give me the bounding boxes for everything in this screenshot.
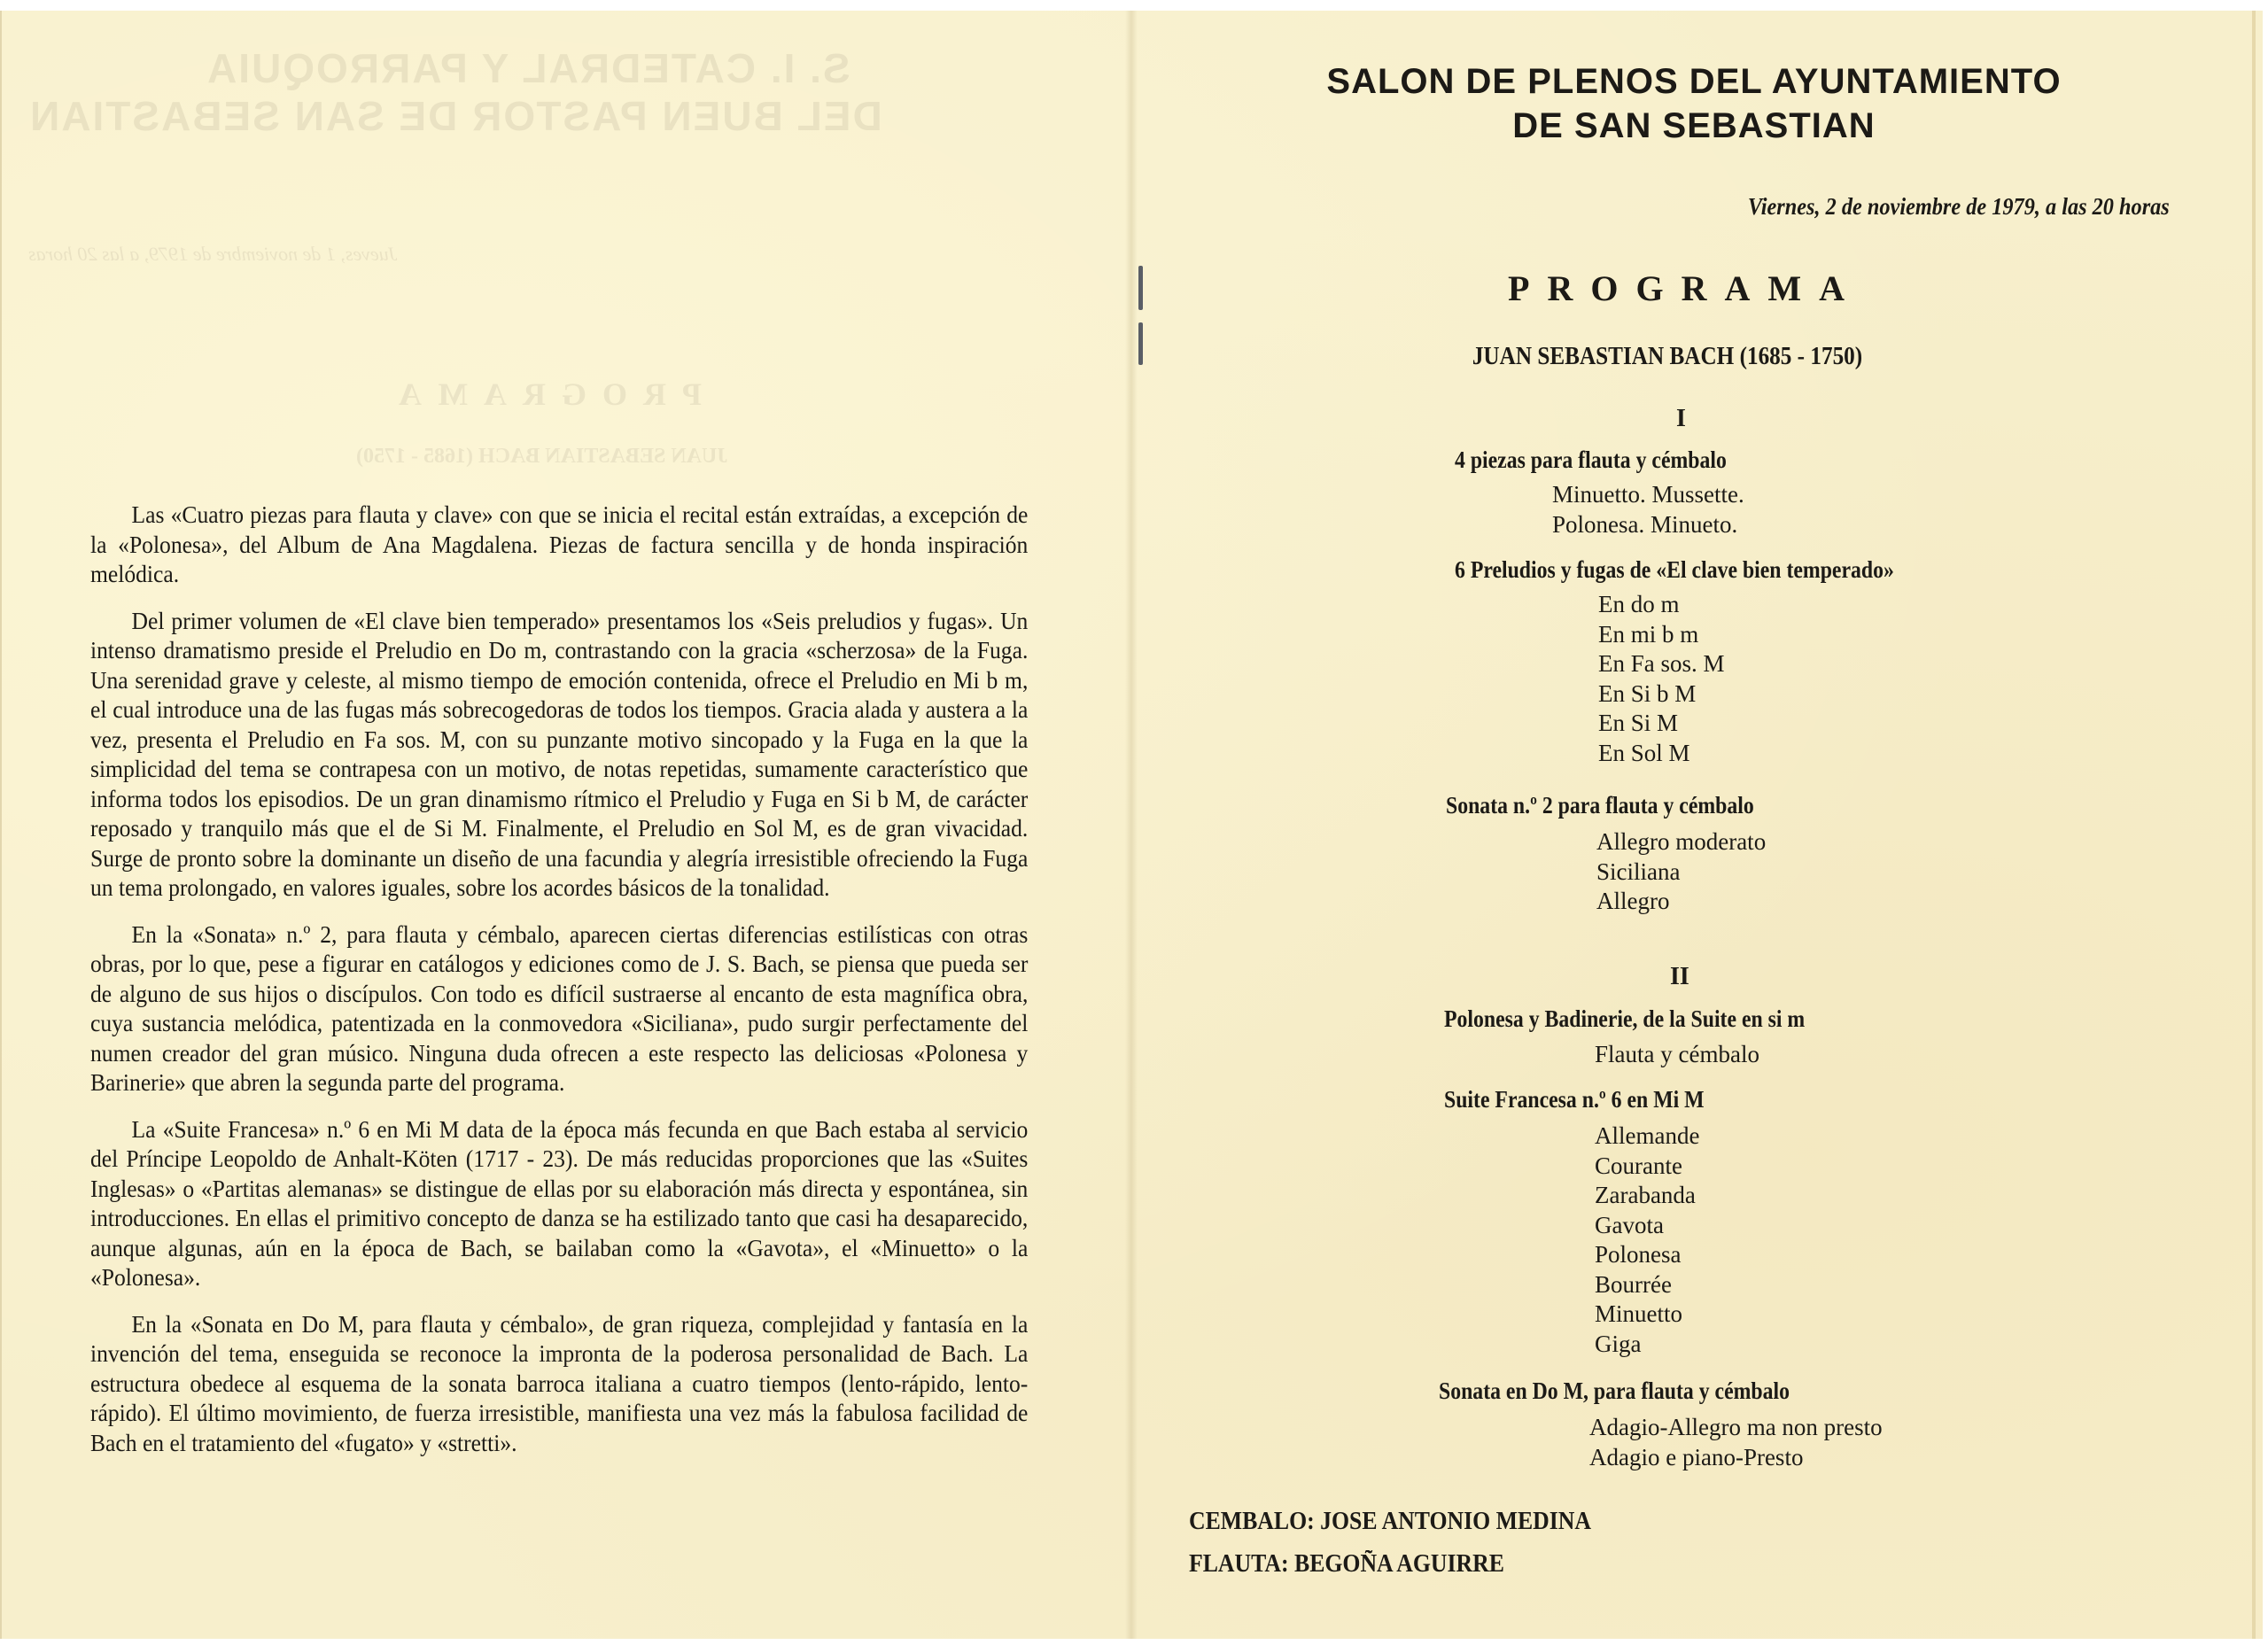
notes-paragraph: En la «Sonata en Do M, para flauta y cém… [90, 1309, 1028, 1458]
program-sheet: S. I. CATEDRAL Y PARROQUIA DEL BUEN PAST… [0, 11, 2263, 1639]
venue-line: DE SAN SEBASTIAN [1180, 104, 2208, 148]
notes-paragraph: En la «Sonata» n.º 2, para flauta y cémb… [90, 919, 1028, 1098]
movement: En Fa sos. M [1598, 649, 1725, 679]
work-title: Polonesa y Badinerie, de la Suite en si … [1444, 1005, 1805, 1033]
bleed-through-text: DEL BUEN PASTOR DE SAN SEBASTIAN [28, 92, 882, 140]
work-title: 6 Preludios y fugas de «El clave bien te… [1455, 556, 1894, 584]
part-numeral: I [1676, 405, 1686, 433]
part-numeral: II [1670, 963, 1689, 991]
notes-paragraph: Del primer volumen de «El clave bien tem… [90, 606, 1028, 903]
movement: Bourrée [1595, 1270, 1699, 1300]
movement: Minuetto. Mussette. [1552, 480, 1744, 510]
movement: Adagio e piano-Presto [1589, 1443, 1883, 1473]
movement: Gavota [1595, 1211, 1699, 1241]
movement: En Si b M [1598, 679, 1725, 710]
work-title: Suite Francesa n.º 6 en Mi M [1444, 1086, 1705, 1113]
staple [1138, 322, 1143, 365]
bleed-through-text: S. I. CATEDRAL Y PARROQUIA [206, 44, 850, 92]
movement: En mi b m [1598, 620, 1725, 650]
page-edge [2252, 11, 2256, 1639]
bleed-through-text: PROGRAMA [383, 376, 702, 413]
movement: Polonesa [1595, 1240, 1699, 1270]
movement: En Sol M [1598, 739, 1725, 769]
movement: Zarabanda [1595, 1181, 1699, 1211]
movement: Siciliana [1596, 857, 1766, 888]
movement: Adagio-Allegro ma non presto [1589, 1413, 1883, 1443]
movement: Flauta y cémbalo [1595, 1040, 1759, 1070]
composer-heading: JUAN SEBASTIAN BACH (1685 - 1750) [1460, 343, 1875, 371]
movement: Polonesa. Minueto. [1552, 510, 1744, 540]
movement: Minuetto [1595, 1300, 1699, 1330]
movement: Courante [1595, 1152, 1699, 1182]
center-fold [1125, 11, 1138, 1639]
movement-list: En do m En mi b m En Fa sos. M En Si b M… [1598, 590, 1725, 768]
program-notes: Las «Cuatro piezas para flauta y clave» … [90, 500, 1028, 1474]
movement-list: Adagio-Allegro ma non presto Adagio e pi… [1589, 1413, 1883, 1472]
notes-paragraph: Las «Cuatro piezas para flauta y clave» … [90, 500, 1028, 589]
venue-line: SALON DE PLENOS DEL AYUNTAMIENTO [1180, 59, 2208, 104]
movement-list: Allegro moderato Siciliana Allegro [1596, 827, 1766, 917]
performer-flauta: FLAUTA: BEGOÑA AGUIRRE [1189, 1550, 1504, 1579]
movement: Giga [1595, 1330, 1699, 1360]
staple [1138, 266, 1143, 310]
work-title: 4 piezas para flauta y cémbalo [1455, 446, 1727, 474]
work-title: Sonata en Do M, para flauta y cémbalo [1439, 1377, 1790, 1405]
performer-cembalo: CEMBALO: JOSE ANTONIO MEDINA [1189, 1508, 1591, 1536]
bleed-through-text: JUAN SEBASTIAN BACH (1685 - 1750) [356, 445, 727, 469]
movement: Allegro moderato [1596, 827, 1766, 857]
venue-heading: SALON DE PLENOS DEL AYUNTAMIENTO DE SAN … [1180, 59, 2208, 148]
program-title: PROGRAMA [1419, 268, 1951, 309]
event-date: Viernes, 2 de noviembre de 1979, a las 2… [1748, 193, 2170, 221]
movement-list: Flauta y cémbalo [1595, 1040, 1759, 1070]
movement: En do m [1598, 590, 1725, 620]
movement: En Si M [1598, 709, 1725, 739]
bleed-through-text: Jueves, 1 de noviembre de 1979, a las 20… [28, 243, 398, 266]
movement-list: Minuetto. Mussette. Polonesa. Minueto. [1552, 480, 1744, 539]
work-title: Sonata n.º 2 para flauta y cémbalo [1446, 792, 1754, 819]
notes-paragraph: La «Suite Francesa» n.º 6 en Mi M data d… [90, 1114, 1028, 1292]
movement: Allegro [1596, 887, 1766, 917]
movement: Allemande [1595, 1121, 1699, 1152]
movement-list: Allemande Courante Zarabanda Gavota Polo… [1595, 1121, 1699, 1359]
